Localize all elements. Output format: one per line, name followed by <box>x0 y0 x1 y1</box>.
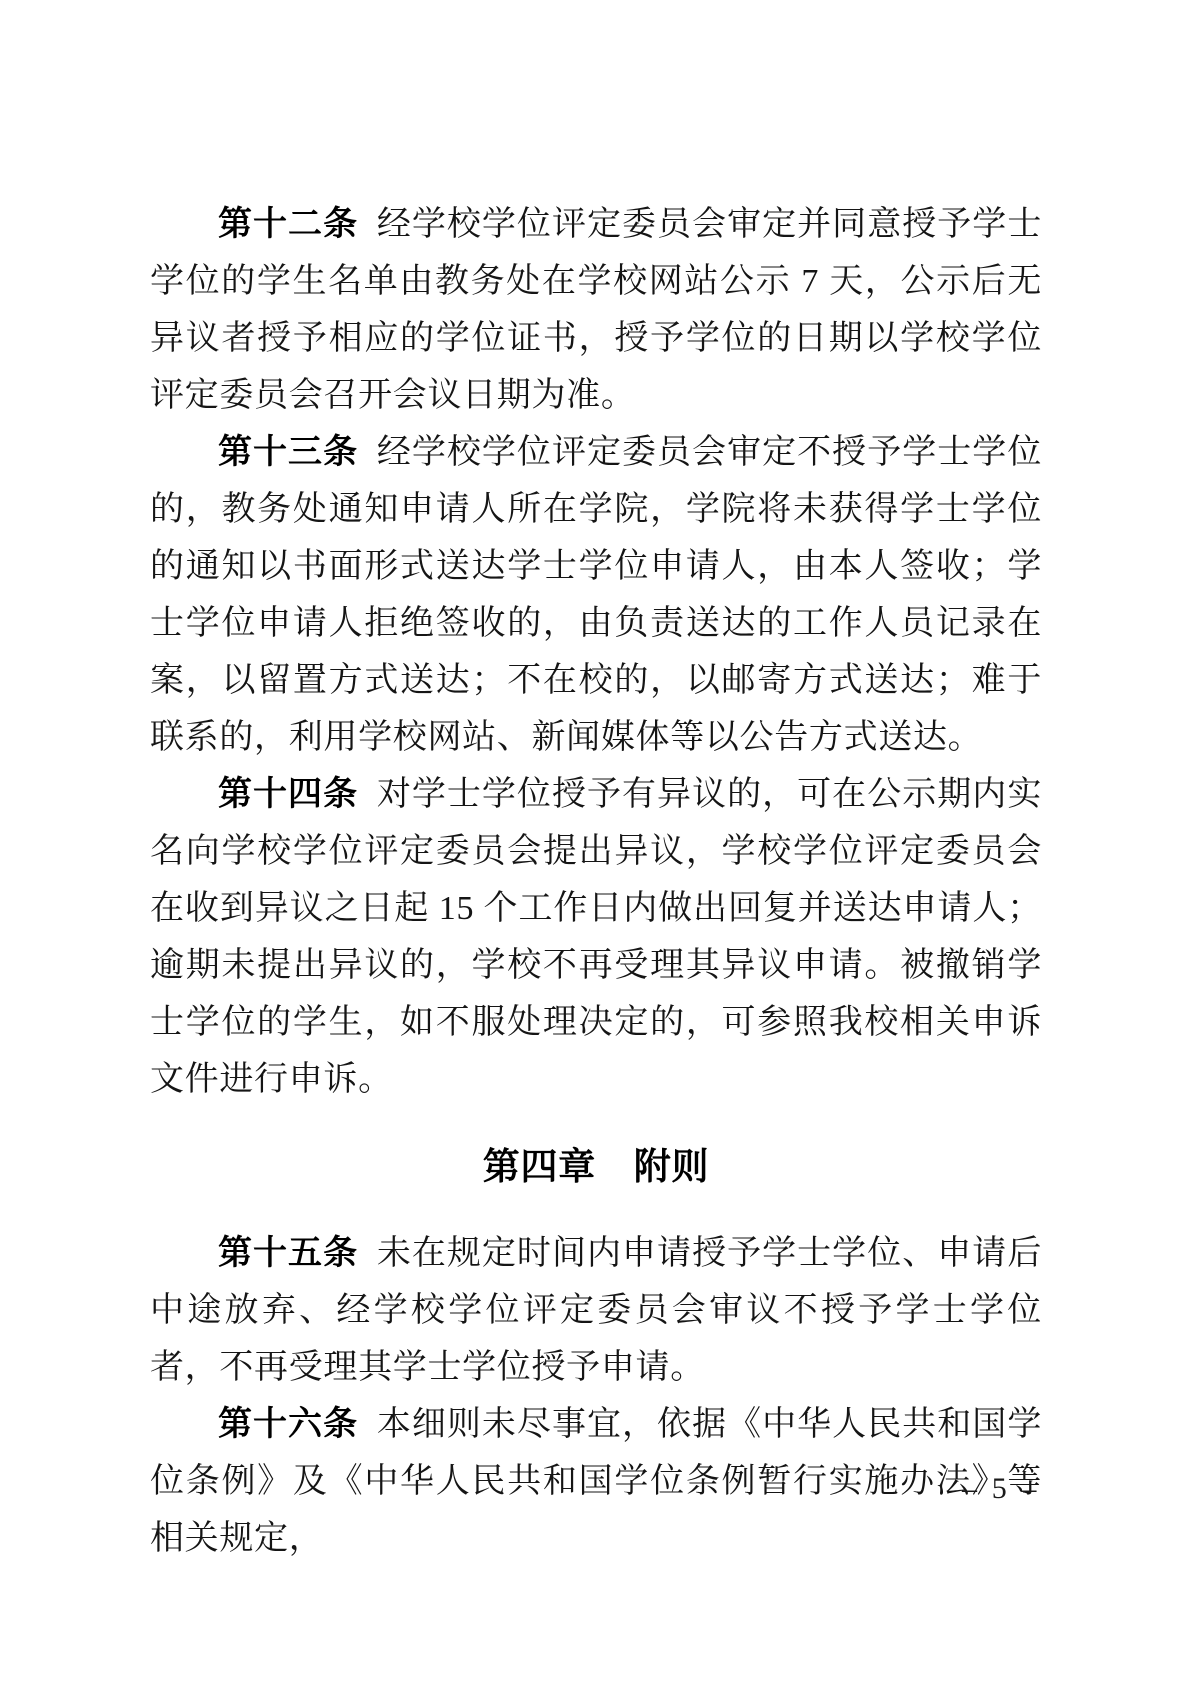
article-number-label: 第十六条 <box>218 1405 358 1443</box>
article-text: 经学校学位评定委员会审定不授予学士学位的，教务处通知申请人所在学院，学院将未获得… <box>150 434 1042 756</box>
article-number-label: 第十五条 <box>218 1234 358 1272</box>
document-page: 第十二条经学校学位评定委员会审定并同意授予学士学位的学生名单由教务处在学校网站公… <box>0 0 1191 1684</box>
article-text: 对学士学位授予有异议的，可在公示期内实名向学校学位评定委员会提出异议，学校学位评… <box>150 776 1042 1098</box>
document-body: 第十二条经学校学位评定委员会审定并同意授予学士学位的学生名单由教务处在学校网站公… <box>150 196 1042 1567</box>
article-paragraph-16: 第十六条本细则未尽事宜，依据《中华人民共和国学位条例》及《中华人民共和国学位条例… <box>150 1396 1042 1567</box>
article-number-label: 第十三条 <box>218 433 358 471</box>
page-number: – 5 – <box>962 1472 1040 1506</box>
article-paragraph-15: 第十五条未在规定时间内申请授予学士学位、申请后中途放弃、经学校学位评定委员会审议… <box>150 1225 1042 1396</box>
article-paragraph-13: 第十三条经学校学位评定委员会审定不授予学士学位的，教务处通知申请人所在学院，学院… <box>150 424 1042 766</box>
chapter-heading: 第四章 附则 <box>150 1138 1042 1195</box>
article-paragraph-14: 第十四条对学士学位授予有异议的，可在公示期内实名向学校学位评定委员会提出异议，学… <box>150 766 1042 1108</box>
article-paragraph-12: 第十二条经学校学位评定委员会审定并同意授予学士学位的学生名单由教务处在学校网站公… <box>150 196 1042 424</box>
article-number-label: 第十四条 <box>218 775 358 813</box>
article-number-label: 第十二条 <box>218 205 358 243</box>
